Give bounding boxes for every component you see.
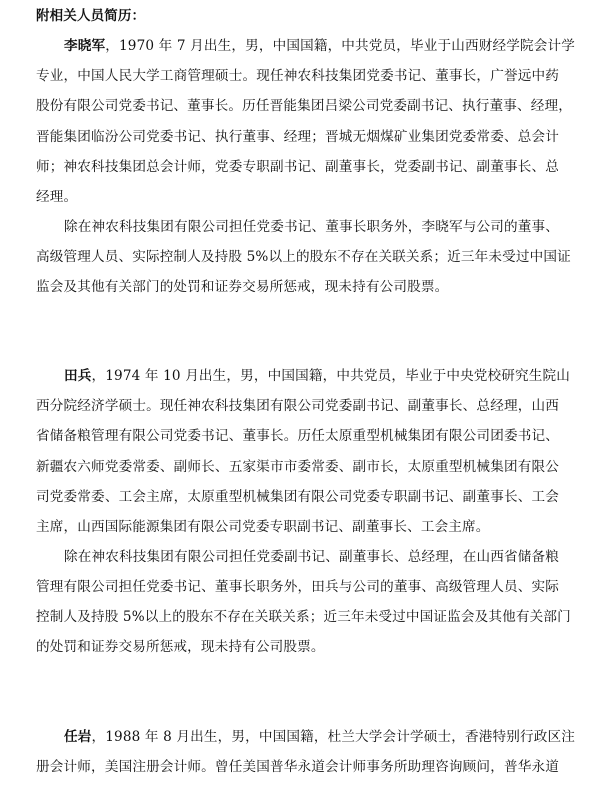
disclosure-line: 高级管理人员、实际控制人及持股 5%以上的股东不存在关联关系；近三年未受过中国证 xyxy=(36,249,559,265)
bio-line: 股份有限公司党委书记、董事长。历任晋能集团吕梁公司党委副书记、执行董事、经理， xyxy=(36,98,559,114)
section-heading: 附相关人员简历： xyxy=(36,8,559,24)
person-name: 任岩 xyxy=(64,729,92,745)
bio-line: 新疆农六师党委常委、副师长、五家渠市市委常委、副市长，太原重型机械集团有限公 xyxy=(36,459,559,475)
bio-first-line: 李晓军，1970 年 7 月出生，男，中国国籍，中共党员，毕业于山西财经学院会计… xyxy=(36,38,559,54)
bio-first-line: 任岩，1988 年 8 月出生，男，中国国籍，杜兰大学会计学硕士，香港特别行政区… xyxy=(36,729,559,745)
disclosure-line: 控制人及持股 5%以上的股东不存在关联关系；近三年未受过中国证监会及其他有关部门 xyxy=(36,609,559,625)
bio-line: 晋能集团临汾公司党委书记、执行董事、经理；晋城无烟煤矿业集团党委常委、总会计 xyxy=(36,129,559,145)
person-name: 田兵 xyxy=(64,368,92,384)
bio-line: 省储备粮管理有限公司党委书记、董事长。历任太原重型机械集团有限公司团委书记、 xyxy=(36,428,559,444)
disclosure-line: 除在神农科技集团有限公司担任党委书记、董事长职务外，李晓军与公司的董事、 xyxy=(36,219,559,235)
bio-line: 经理。 xyxy=(36,189,559,205)
bio-line: 师；神农科技集团总会计师，党委专职副书记、副董事长，党委副书记、副董事长、总 xyxy=(36,159,559,175)
bio-first-line: 田兵，1974 年 10 月出生，男，中国国籍，中共党员，毕业于中央党校研究生院… xyxy=(36,368,559,384)
bio-line: 主席，山西国际能源集团有限公司党委专职副书记、副董事长、工会主席。 xyxy=(36,519,559,535)
bio-line: 西分院经济学硕士。现任神农科技集团有限公司党委副书记、副董事长、总经理，山西 xyxy=(36,398,559,414)
bio-line: 册会计师，美国注册会计师。曾任美国普华永道会计师事务所助理咨询顾问，普华永道 xyxy=(36,759,559,775)
disclosure-line: 的处罚和证券交易所惩戒，现未持有公司股票。 xyxy=(36,639,559,655)
bio-line: 专业，中国人民大学工商管理硕士。现任神农科技集团党委书记、董事长，广誉远中药 xyxy=(36,68,559,84)
disclosure-line: 除在神农科技集团有限公司担任党委副书记、副董事长、总经理，在山西省储备粮 xyxy=(36,549,559,565)
bio-text: ，1974 年 10 月出生，男，中国国籍，中共党员，毕业于中央党校研究生院山 xyxy=(92,368,571,384)
document-page: 附相关人员简历： 李晓军，1970 年 7 月出生，男，中国国籍，中共党员，毕业… xyxy=(0,0,595,804)
person-name: 李晓军 xyxy=(64,38,105,54)
bio-text: ，1988 年 8 月出生，男，中国国籍，杜兰大学会计学硕士，香港特别行政区注 xyxy=(92,729,575,745)
disclosure-line: 管理有限公司担任党委书记、董事长职务外，田兵与公司的董事、高级管理人员、实际 xyxy=(36,579,559,595)
bio-line: 司党委常委、工会主席，太原重型机械集团有限公司党委专职副书记、副董事长、工会 xyxy=(36,489,559,505)
disclosure-line: 监会及其他有关部门的处罚和证券交易所惩戒，现未持有公司股票。 xyxy=(36,279,559,295)
bio-text: ，1970 年 7 月出生，男，中国国籍，中共党员，毕业于山西财经学院会计学 xyxy=(105,38,575,54)
